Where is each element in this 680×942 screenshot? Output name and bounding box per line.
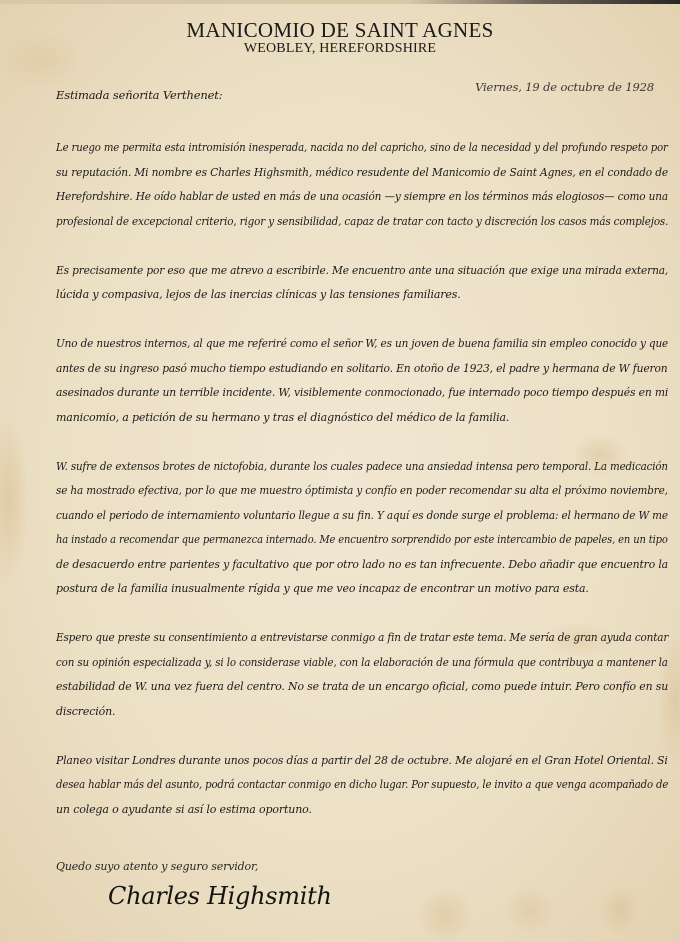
paragraph-line: asesinados durante un terrible incidente…: [56, 381, 652, 406]
paragraph-line: postura de la familia inusualmente rígid…: [56, 577, 666, 602]
letterhead-subtitle: WEOBLEY, HEREFORDSHIRE: [0, 41, 680, 57]
letterhead: MANICOMIO DE SAINT AGNES WEOBLEY, HEREFO…: [0, 19, 680, 57]
paragraph-line: cuando el periodo de internamiento volun…: [56, 504, 632, 529]
paragraph-line: de desacuerdo entre parientes y facultat…: [56, 553, 656, 578]
paragraph-line: lúcida y compasiva, lejos de las inercia…: [56, 283, 666, 308]
paragraph-spacer: [56, 724, 666, 749]
paragraph-line: estabilidad de W. una vez fuera del cent…: [56, 675, 660, 700]
page-top-edge: [0, 0, 680, 4]
letter-paragraph: Planeo visitar Londres durante unos poco…: [56, 749, 666, 823]
letter-body: Le ruego me permita esta intromisión ine…: [56, 136, 666, 822]
paragraph-line: un colega o ayudante si así lo estima op…: [56, 798, 666, 823]
paragraph-line: discreción.: [56, 700, 666, 725]
paragraph-line: Es precisamente por eso que me atrevo a …: [56, 259, 643, 284]
paragraph-line: Le ruego me permita esta intromisión ine…: [56, 136, 617, 161]
paragraph-line: manicomio, a petición de su hermano y tr…: [56, 406, 666, 431]
paragraph-spacer: [56, 602, 666, 627]
letter-date: Viernes, 19 de octubre de 1928: [475, 80, 654, 94]
paragraph-line: ha instado a recomendar que permanezca i…: [56, 528, 607, 553]
paragraph-line: profesional de excepcional criterio, rig…: [56, 210, 630, 235]
salutation: Estimada señorita Verthenet:: [56, 88, 222, 102]
signature: Charles Highsmith: [108, 882, 332, 910]
paragraph-line: antes de su ingreso pasó mucho tiempo es…: [56, 357, 650, 382]
letter-paragraph: W. sufre de extensos brotes de nictofobi…: [56, 455, 666, 602]
paragraph-line: Planeo visitar Londres durante unos poco…: [56, 749, 653, 774]
letter-paragraph: Espero que preste su consentimiento a en…: [56, 626, 666, 724]
letter-paragraph: Le ruego me permita esta intromisión ine…: [56, 136, 666, 234]
paragraph-line: Uno de nuestros internos, al que me refe…: [56, 332, 636, 357]
paragraph-spacer: [56, 430, 666, 455]
letterhead-title: MANICOMIO DE SAINT AGNES: [0, 19, 680, 41]
closing-line: Quedo suyo atento y seguro servidor,: [56, 860, 258, 873]
paragraph-line: se ha mostrado efectiva, por lo que me m…: [56, 479, 634, 504]
paragraph-spacer: [56, 308, 666, 333]
paragraph-line: W. sufre de extensos brotes de nictofobi…: [56, 455, 624, 480]
paragraph-line: Herefordshire. He oído hablar de usted e…: [56, 185, 637, 210]
paragraph-line: desea hablar más del asunto, podrá conta…: [56, 773, 617, 798]
paragraph-line: su reputación. Mi nombre es Charles High…: [56, 161, 645, 186]
paragraph-line: con su opinión especializada y, si lo co…: [56, 651, 628, 676]
letter-paragraph: Es precisamente por eso que me atrevo a …: [56, 259, 666, 308]
paragraph-line: Espero que preste su consentimiento a en…: [56, 626, 634, 651]
paragraph-spacer: [56, 234, 666, 259]
letter-paragraph: Uno de nuestros internos, al que me refe…: [56, 332, 666, 430]
